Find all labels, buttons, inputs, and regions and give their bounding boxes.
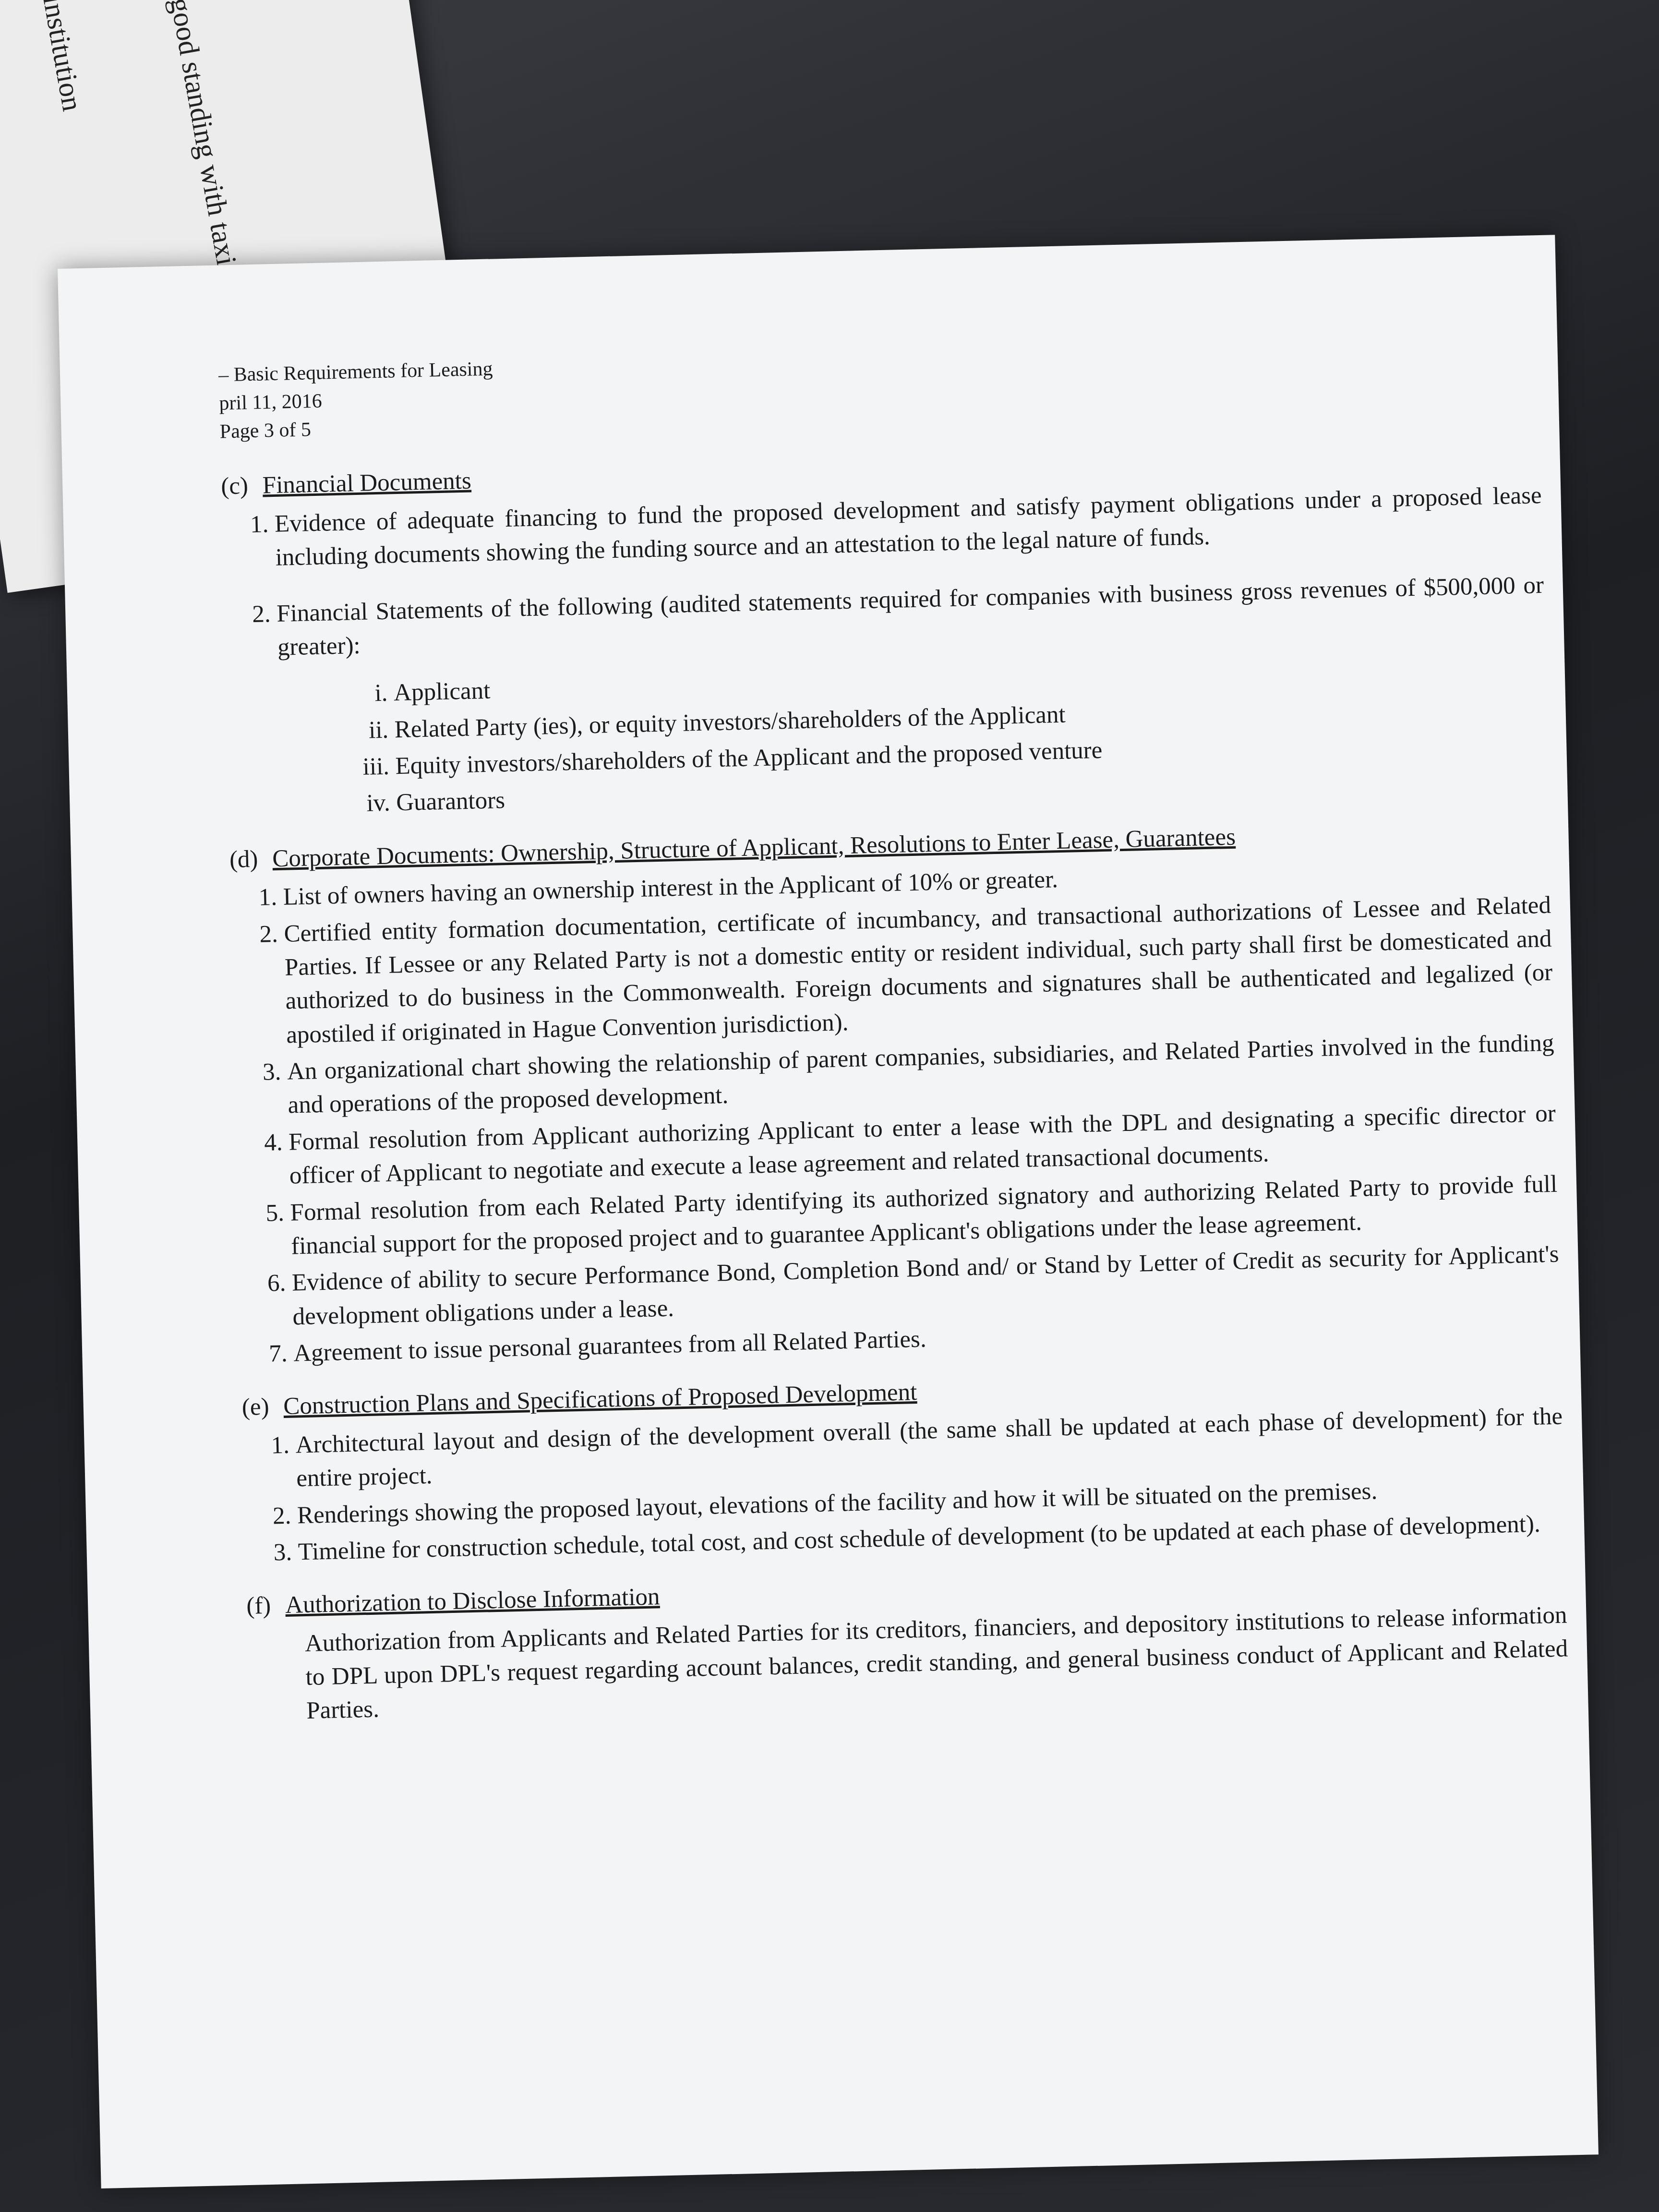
section-title: Financial Documents bbox=[262, 464, 471, 503]
section-items: List of owners having an ownership inter… bbox=[230, 852, 1561, 1371]
section-label: (f) bbox=[246, 1589, 272, 1623]
sub-items: Applicant Related Party (ies), or equity… bbox=[278, 650, 1548, 822]
page-content: – Basic Requirements for Leasing pril 11… bbox=[218, 331, 1569, 1729]
section-items: Evidence of adequate financing to fund t… bbox=[221, 479, 1548, 824]
list-item: Financial Statements of the following (a… bbox=[276, 568, 1549, 822]
document-page: – Basic Requirements for Leasing pril 11… bbox=[58, 235, 1599, 2188]
section-label: (d) bbox=[229, 842, 258, 877]
section-items: Architectural layout and design of the d… bbox=[242, 1399, 1565, 1570]
previous-page-text-line: institution bbox=[36, 0, 89, 114]
section-label: (c) bbox=[221, 469, 249, 504]
list-item: Certified entity formation documentation… bbox=[284, 888, 1554, 1052]
page-header: – Basic Requirements for Leasing pril 11… bbox=[218, 331, 1539, 446]
section-label: (e) bbox=[241, 1390, 269, 1425]
section-title: Authorization to Disclose Information bbox=[285, 1580, 660, 1623]
